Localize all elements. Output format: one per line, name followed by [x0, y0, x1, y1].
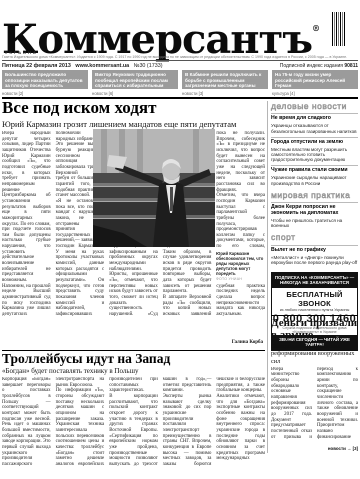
registered-mark: ® — [312, 23, 320, 33]
teaser-section-label: новости [6] — [92, 91, 113, 96]
bottom-article-body: Корпорация «Богдан» завершает переговоры… — [2, 377, 265, 473]
brief-title: Города отпустили на землю — [271, 140, 358, 146]
army-article: Деньги призвали в армию Обнародованы при… — [271, 318, 358, 451]
barcode — [332, 12, 346, 46]
free-call-label: БЕСПЛАТНЫЙ ЗВОНОК — [272, 290, 357, 308]
list-item: Города отпустили на землю Местным властя… — [271, 137, 358, 166]
brief-desc: Местным властям могут разрешить самостоя… — [271, 147, 358, 163]
website-url: www.kommersant.ua — [75, 63, 129, 69]
list-item: Вылет не по графику «Металлист» и «Днепр… — [271, 245, 358, 268]
brief-desc: Украинцы отказываются от безалкогольных … — [271, 123, 358, 134]
teaser-section-label: новости [3] — [182, 91, 203, 96]
sidebar: деловые новости Не время для сладкого Ук… — [271, 100, 358, 351]
photo-illustration — [93, 129, 215, 247]
section-header-world-practice: мировая практика — [271, 191, 358, 200]
army-article-body: Вчера министерство обороны обнародовало … — [271, 367, 358, 445]
teaser-section-label: культура [4] — [272, 91, 295, 96]
list-item: Джон Керри попросил не экономить на дипл… — [271, 202, 358, 231]
list-item: Не время для сладкого Украинцы отказываю… — [271, 113, 358, 136]
section-header-business-news: деловые новости — [271, 102, 358, 111]
main-headline: Все под иском ходят — [2, 99, 156, 117]
section-header-sport: спорт — [271, 233, 358, 242]
brief-title: Вылет не по графику — [271, 248, 358, 254]
dateline: Пятница 22 февраля 2013 www.kommersant.u… — [2, 63, 358, 69]
ad-top-banner: ПОДПИСКА НА «КОММЕРСАНТЪ» — НИКОГДА НЕ З… — [272, 273, 357, 288]
article-photo — [93, 129, 215, 247]
founding-line: Газета Издательского дома «Коммерсантъ».… — [2, 55, 358, 59]
issue-date: Пятница 22 февраля 2013 — [2, 63, 71, 69]
masthead-title: Коммерсантъ® — [2, 6, 320, 62]
bottom-subhead: «Богдан» будет поставлять технику в Поль… — [2, 367, 138, 375]
subscription-index: Подписной индекс издания 90811 — [280, 63, 358, 69]
brief-title: Джон Керри попросил не экономить на дипл… — [271, 205, 358, 217]
teaser-box: На 75-м году жизни умер российский режис… — [272, 70, 358, 89]
brief-title: Чужие правила стали своими — [271, 168, 358, 174]
newspaper-front-page: Коммерсантъ® УКРАИНА Газета Издательског… — [0, 0, 360, 479]
brief-title: Не время для сладкого — [271, 116, 358, 122]
author-signature: Галина Корба — [185, 340, 263, 345]
teaser-box: Большинство предложило оппозиции наказыв… — [2, 70, 88, 89]
divider — [271, 315, 358, 316]
main-subhead: Юрий Кармазин грозит лишением мандатов е… — [2, 119, 236, 129]
free-call-sublabel: из любого населенного пункта Украины — [272, 308, 357, 312]
divider — [267, 101, 268, 453]
photo-caption: Юрий Кармазин обеспокоился тем, что ряды… — [214, 250, 266, 283]
bottom-headline: Троллейбусы идут на Запад — [2, 352, 170, 366]
teaser-section-label: новости [2] — [2, 91, 23, 96]
teaser-box: Виктор Янукович традиционно пообещал евр… — [92, 70, 178, 89]
list-item: Чужие правила стали своими Украинские сы… — [271, 165, 358, 188]
army-headline: Деньги призвали в армию — [271, 318, 358, 341]
army-subhead: Обнародованы принципы реформирования воо… — [271, 343, 358, 365]
photo-credit: ФОТО УНИАН — [216, 277, 266, 281]
caption-text: Юрий Кармазин обеспокоился тем, что ряды… — [216, 251, 266, 276]
teaser-box: В Кабмине решили подключить к борьбе с п… — [182, 70, 268, 89]
brief-desc: «Металлист» и «Днепр» покинули еврокубки… — [271, 255, 358, 266]
continue-pointer: новости → [3] — [271, 446, 358, 451]
brief-desc: Чтобы не пришлось тратиться на военных — [271, 218, 358, 229]
brief-desc: Украинские сыроделы наращивают производс… — [271, 175, 358, 186]
issue-number: №30 (1733) — [134, 63, 163, 69]
divider — [2, 60, 358, 61]
